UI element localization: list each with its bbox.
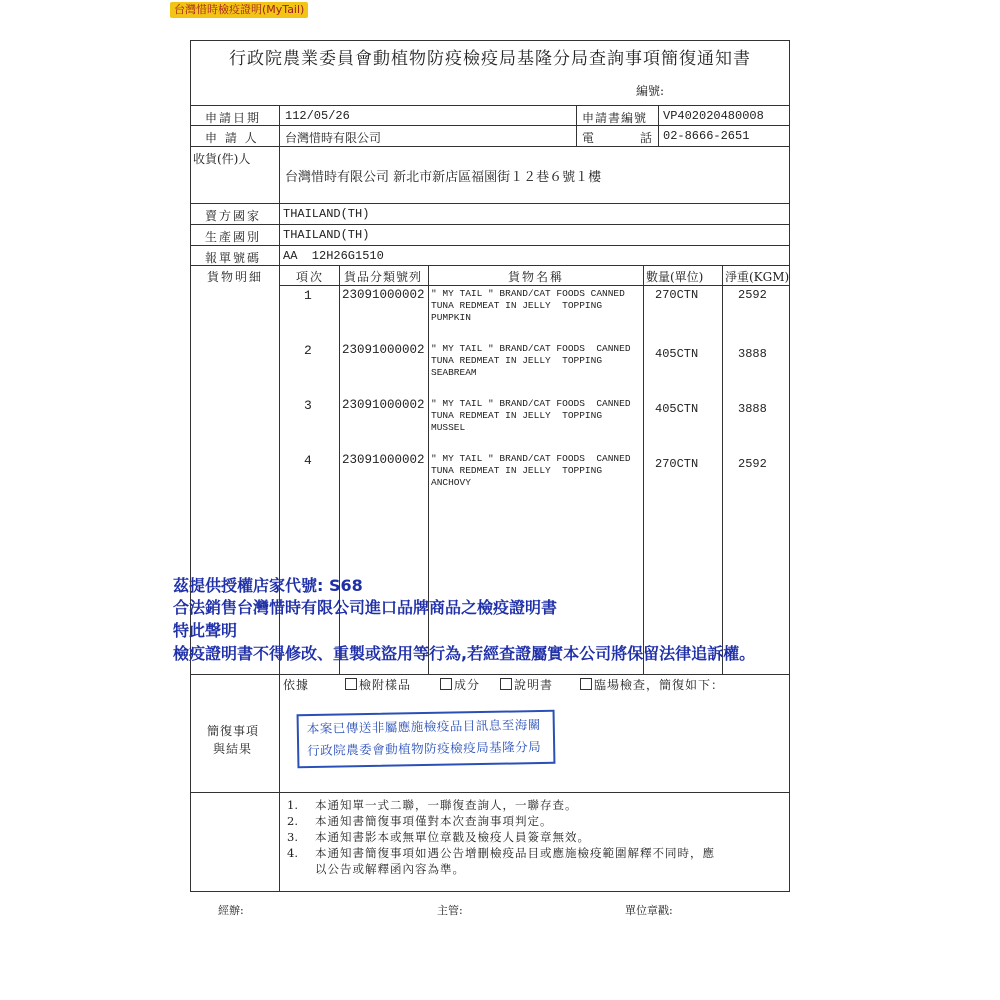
seller-country-label: 賣方國家 bbox=[205, 207, 261, 224]
checkbox-icon bbox=[580, 678, 592, 690]
note-text: 本通知書影本或無單位章戳及檢疫人員簽章無效。 bbox=[315, 829, 590, 845]
declaration-no-value: AA 12H26G1510 bbox=[283, 249, 384, 263]
note-number: 4. bbox=[287, 845, 298, 861]
row-name-3: ANCHOVY bbox=[431, 477, 471, 490]
row-weight: 2592 bbox=[738, 288, 767, 302]
applicant-value: 台灣惜時有限公司 bbox=[285, 129, 381, 146]
seller-country-value: THAILAND(TH) bbox=[283, 207, 369, 221]
supervisor-label: 主管: bbox=[437, 902, 463, 918]
row-name-2: TUNA REDMEAT IN JELLY TOPPING bbox=[431, 300, 602, 313]
row-weight: 3888 bbox=[738, 402, 767, 416]
checkbox-icon bbox=[345, 678, 357, 690]
row-qty: 270CTN bbox=[655, 457, 698, 471]
apply-date-value: 112/05/26 bbox=[285, 109, 350, 123]
col-code: 貨品分類號列 bbox=[344, 268, 422, 285]
reply-section-label-2: 與結果 bbox=[213, 740, 252, 757]
row-name-1: " MY TAIL " BRAND/CAT FOODS CANNED bbox=[431, 343, 631, 356]
application-no-label: 申請書編號 bbox=[582, 109, 647, 126]
col-qty: 數量(單位) bbox=[646, 268, 703, 285]
row-weight: 3888 bbox=[738, 347, 767, 361]
row-qty: 405CTN bbox=[655, 347, 698, 361]
declaration-no-label: 報單號碼 bbox=[205, 249, 261, 266]
row-name-3: SEABREAM bbox=[431, 367, 477, 380]
row-name-3: MUSSEL bbox=[431, 422, 465, 435]
row-name-2: TUNA REDMEAT IN JELLY TOPPING bbox=[431, 410, 602, 423]
overlay-authorization: 合法銷售台灣惜時有限公司進口品牌商品之檢疫證明書 bbox=[173, 598, 557, 618]
row-code: 23091000002 bbox=[342, 453, 425, 467]
overlay-store-code: 茲提供授權店家代號: S68 bbox=[173, 576, 363, 596]
row-item: 4 bbox=[304, 453, 312, 468]
row-code: 23091000002 bbox=[342, 288, 425, 302]
checkbox-ingredients: 成分 bbox=[440, 676, 480, 693]
application-no-value: VP402020480008 bbox=[663, 109, 764, 123]
checkbox-icon bbox=[500, 678, 512, 690]
checkbox-manual: 說明書 bbox=[500, 676, 553, 693]
phone-label-1: 電 bbox=[582, 129, 596, 146]
phone-value: 02-8666-2651 bbox=[663, 129, 749, 143]
row-weight: 2592 bbox=[738, 457, 767, 471]
row-name-2: TUNA REDMEAT IN JELLY TOPPING bbox=[431, 465, 602, 478]
official-stamp: 本案已傳送非屬應施檢疫品目訊息至海關 行政院農委會動植物防疫檢疫局基隆分局 bbox=[297, 710, 556, 768]
row-code: 23091000002 bbox=[342, 343, 425, 357]
col-weight: 淨重(KGM) bbox=[725, 268, 789, 285]
origin-country-value: THAILAND(TH) bbox=[283, 228, 369, 242]
apply-date-label: 申請日期 bbox=[205, 109, 261, 126]
serial-label: 編號: bbox=[636, 82, 664, 99]
row-item: 3 bbox=[304, 398, 312, 413]
row-name-1: " MY TAIL " BRAND/CAT FOODS CANNED bbox=[431, 398, 631, 411]
checkbox-sample: 檢附樣品 bbox=[345, 676, 411, 693]
phone-label-2: 話 bbox=[640, 129, 654, 146]
header-tag: 台灣惜時檢疫證明(MyTail) bbox=[170, 2, 308, 18]
checkbox-icon bbox=[440, 678, 452, 690]
unit-seal-label: 單位章戳: bbox=[625, 902, 673, 918]
consignee-label: 收貨(件)人 bbox=[193, 150, 250, 167]
row-name-1: " MY TAIL " BRAND/CAT FOODS CANNED bbox=[431, 453, 631, 466]
note-text: 本通知書簡復事項如遇公告增刪檢疫品目或應施檢疫範圍解釋不同時，應 bbox=[315, 845, 715, 861]
note-text: 本通知書簡復事項僅對本次查詢事項判定。 bbox=[315, 813, 553, 829]
row-qty: 405CTN bbox=[655, 402, 698, 416]
row-name-3: PUMPKIN bbox=[431, 312, 471, 325]
row-code: 23091000002 bbox=[342, 398, 425, 412]
handler-label: 經辦: bbox=[218, 902, 244, 918]
row-name-1: " MY TAIL " BRAND/CAT FOODS CANNED bbox=[431, 288, 625, 301]
row-qty: 270CTN bbox=[655, 288, 698, 302]
col-name: 貨物名稱 bbox=[508, 268, 564, 285]
col-item: 項次 bbox=[296, 268, 324, 285]
stamp-line-2: 行政院農委會動植物防疫檢疫局基隆分局 bbox=[307, 736, 545, 762]
applicant-label: 申 請 人 bbox=[205, 129, 259, 146]
consignee-value: 台灣惜時有限公司 新北市新店區福園街１２巷６號１樓 bbox=[285, 166, 601, 185]
row-name-2: TUNA REDMEAT IN JELLY TOPPING bbox=[431, 355, 602, 368]
origin-country-label: 生產國別 bbox=[205, 228, 261, 245]
overlay-warning: 檢疫證明書不得修改、重製或盜用等行為,若經查證屬實本公司將保留法律追訴權。 bbox=[173, 644, 755, 664]
note-number: 3. bbox=[287, 829, 298, 845]
note-text: 本通知單一式二聯，一聯復查詢人，一聯存查。 bbox=[315, 797, 578, 813]
note-number: 2. bbox=[287, 813, 298, 829]
note-text-continued: 以公告或解釋函內容為準。 bbox=[315, 861, 465, 877]
document-title: 行政院農業委員會動植物防疫檢疫局基隆分局查詢事項簡復通知書 bbox=[190, 44, 790, 69]
checkbox-onsite: 臨場檢查，簡復如下： bbox=[580, 676, 724, 693]
overlay-declaration: 特此聲明 bbox=[173, 621, 237, 641]
note-number: 1. bbox=[287, 797, 298, 813]
goods-section-label: 貨物明細 bbox=[207, 268, 263, 285]
row-item: 2 bbox=[304, 343, 312, 358]
basis-label: 依據 bbox=[283, 676, 309, 693]
reply-section-label-1: 簡復事項 bbox=[207, 722, 259, 739]
row-item: 1 bbox=[304, 288, 312, 303]
